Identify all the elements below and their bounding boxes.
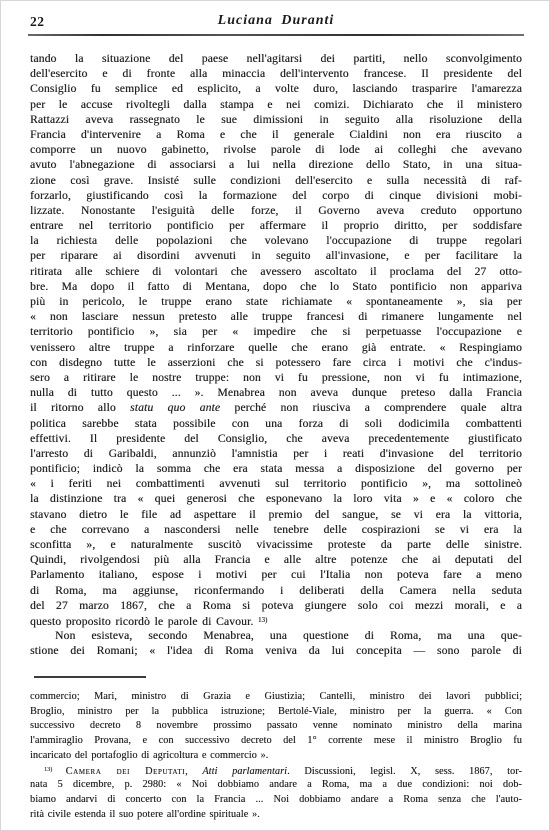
text-line: venissero altre truppe a rinforzare quel… bbox=[30, 340, 522, 355]
text-line: nata 5 dicembre, p. 2980: « Noi dobbiamo… bbox=[30, 778, 522, 793]
header-rule bbox=[28, 34, 524, 36]
text-line: Rattazzi aveva rassegnato le sue dimissi… bbox=[30, 112, 522, 127]
text-line: successivo decreto 8 novembre prossimo p… bbox=[30, 719, 522, 734]
text-line: avuto l'abnegazione di associarsi a lui … bbox=[30, 157, 522, 172]
text-line: politica sarebbe stata possibile con una… bbox=[30, 416, 522, 431]
text-line: del 27 marzo 1867, che a Roma si poteva … bbox=[30, 598, 522, 613]
book-page: 22 Luciana Duranti tando la situazione d… bbox=[0, 0, 550, 831]
text-line: ritirata alle schiere di volontari che a… bbox=[30, 264, 522, 279]
text-line: « i feriti nei combattimenti avvenuti su… bbox=[30, 476, 522, 491]
text-line: tando la situazione del paese nell'agita… bbox=[30, 51, 522, 66]
body-text: tando la situazione del paese nell'agita… bbox=[30, 51, 522, 659]
footnote-separator bbox=[34, 676, 146, 678]
text-line: territorio pontificio », sia per « imped… bbox=[30, 324, 522, 339]
text-line: rità civile estenda il suo potere all'or… bbox=[30, 808, 522, 823]
text-line: bre. Ma dopo il fatto di Mentana, dopo c… bbox=[30, 279, 522, 294]
text-line: l'arresto di Garibaldi, annunziò l'amnis… bbox=[30, 446, 522, 461]
text-line: stavano dietro le file ad aspettare il p… bbox=[30, 507, 522, 522]
text-line: comporre un nuovo gabinetto, rivolse par… bbox=[30, 142, 522, 157]
text-line: Non esisteva, secondo Menabrea, una ques… bbox=[30, 628, 522, 643]
text-line: Consiglio fu semplice ed esplicito, a vo… bbox=[30, 81, 522, 96]
text-line: il ritorno allo statu quo ante perché no… bbox=[30, 400, 522, 415]
text-line: sconfitta », e naturalmente suscitò viva… bbox=[30, 537, 522, 552]
text-line: commercio; Mari, ministro di Grazia e Gi… bbox=[30, 690, 522, 705]
text-line: effettivi. Il presidente del Consiglio, … bbox=[30, 431, 522, 446]
text-line: incaricato del portafoglio di agricoltur… bbox=[30, 749, 522, 764]
running-title: Luciana Duranti bbox=[30, 13, 522, 29]
text-line: Quindi, rivolgendosi più alla Francia e … bbox=[30, 552, 522, 567]
text-line: Broglio, ministro per la pubblica istruz… bbox=[30, 705, 522, 720]
text-line: stione dei Romani; « l'idea di Roma veni… bbox=[30, 643, 522, 658]
page-number: 22 bbox=[30, 14, 45, 30]
text-line: dell'esercito e di fronte alla minaccia … bbox=[30, 66, 522, 81]
text-line: la richiesta delle popolazioni che volev… bbox=[30, 233, 522, 248]
text-line: 13) Camera dei Deputati, Atti parlamenta… bbox=[30, 763, 522, 778]
page-header: 22 Luciana Duranti bbox=[30, 13, 522, 35]
text-line: sero a ritirare le nostre truppe: non vi… bbox=[30, 370, 522, 385]
text-line: per riparare ai disordini avvenuti in se… bbox=[30, 248, 522, 263]
text-line: forzarlo, giustificando così la formazio… bbox=[30, 188, 522, 203]
text-line: Parlamento italiano, espose i motivi per… bbox=[30, 567, 522, 582]
text-line: pontificio; indicò la somma che era stat… bbox=[30, 461, 522, 476]
text-line: lizzate. Nonostante l'esiguità delle for… bbox=[30, 203, 522, 218]
text-line: « non lasciare nessun pretesto alle trup… bbox=[30, 309, 522, 324]
text-line: l'ammiraglio Provana, e con successivo d… bbox=[30, 734, 522, 749]
text-line: biamo andarvi di concerto con la Francia… bbox=[30, 793, 522, 808]
text-line: questo proposito ricordò le parole di Ca… bbox=[30, 613, 522, 628]
text-line: la distinzione tra « quei generosi che e… bbox=[30, 491, 522, 506]
text-line: e che correvano a nascondersi nelle tene… bbox=[30, 522, 522, 537]
text-line: di Roma, ma aggiunse, riconfermando i de… bbox=[30, 583, 522, 598]
text-line: con disdegno tutte le asserzioni che si … bbox=[30, 355, 522, 370]
text-line: entrare nel territorio pontificio per af… bbox=[30, 218, 522, 233]
text-line: più in pericolo, le truppe erano state r… bbox=[30, 294, 522, 309]
text-line: per le accuse rivoltegli dalla stampa e … bbox=[30, 97, 522, 112]
text-line: zione così grave. Insisté sulle condizio… bbox=[30, 173, 522, 188]
text-line: Francia d'intervenire a Roma e che il ge… bbox=[30, 127, 522, 142]
footnote-text: commercio; Mari, ministro di Grazia e Gi… bbox=[30, 690, 522, 822]
text-line: nulla di tutto questo ... ». Menabrea no… bbox=[30, 385, 522, 400]
